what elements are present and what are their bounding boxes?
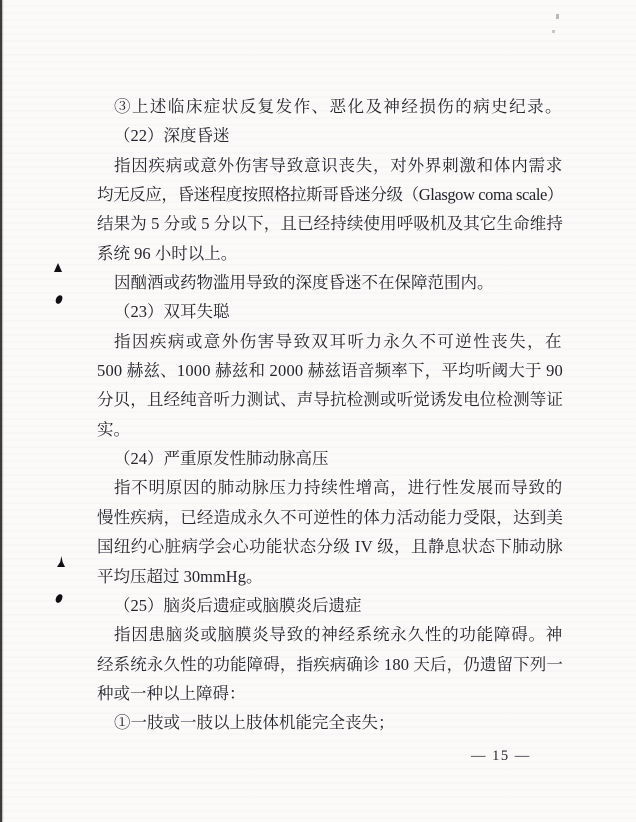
text-line: 分贝，且经纯音听力测试、声导抗检测或听觉诱发电位检测等证	[97, 385, 563, 414]
text-line: （23）双耳失聪	[97, 297, 563, 326]
text-line: 指因患脑炎或脑膜炎导致的神经系统永久性的功能障碍。神	[97, 620, 563, 649]
text-line: 种或一种以上障碍：	[97, 679, 563, 708]
text-line: 国纽约心脏病学会心功能状态分级 IV 级，且静息状态下肺动脉	[97, 532, 563, 561]
ink-speck	[54, 263, 62, 272]
scan-speck	[556, 14, 559, 19]
text-line: 平均压超过 30mmHg。	[97, 562, 563, 591]
text-line: （24）严重原发性肺动脉高压	[97, 444, 563, 473]
page-number: — 15 —	[471, 748, 531, 765]
text-line: 均无反应，昏迷程度按照格拉斯哥昏迷分级（Glasgow coma scale）	[97, 180, 563, 209]
ink-speck	[55, 294, 63, 304]
text-line: 经系统永久性的功能障碍，指疾病确诊 180 天后，仍遗留下列一	[97, 650, 563, 679]
text-line: 慢性疾病，已经造成永久不可逆性的体力活动能力受限，达到美	[97, 503, 563, 532]
text-line: 结果为 5 分或 5 分以下，且已经持续使用呼吸机及其它生命维持	[97, 209, 563, 238]
scan-speck	[552, 30, 555, 33]
ink-speck	[57, 556, 65, 567]
text-line: 实。	[97, 415, 563, 444]
text-line: 指不明原因的肺动脉压力持续性增高，进行性发展而导致的	[97, 473, 563, 502]
text-line: （22）深度昏迷	[97, 121, 563, 150]
document-body: ③上述临床症状反复发作、恶化及神经损伤的病史纪录。（22）深度昏迷指因疾病或意外…	[97, 92, 563, 738]
text-line: 系统 96 小时以上。	[97, 239, 563, 268]
text-line: 指因疾病或意外伤害导致双耳听力永久不可逆性丧失，在	[97, 327, 563, 356]
text-line: 因酗酒或药物滥用导致的深度昏迷不在保障范围内。	[97, 268, 563, 297]
scanner-edge-line	[0, 0, 2, 822]
ink-speck	[55, 593, 64, 604]
text-line: ①一肢或一肢以上肢体机能完全丧失；	[97, 708, 563, 737]
text-line: ③上述临床症状反复发作、恶化及神经损伤的病史纪录。	[97, 92, 563, 121]
text-line: 500 赫兹、1000 赫兹和 2000 赫兹语音频率下，平均听阈大于 90	[97, 356, 563, 385]
scanned-document-page: ③上述临床症状反复发作、恶化及神经损伤的病史纪录。（22）深度昏迷指因疾病或意外…	[0, 0, 636, 822]
text-line: （25）脑炎后遗症或脑膜炎后遗症	[97, 591, 563, 620]
text-line: 指因疾病或意外伤害导致意识丧失，对外界刺激和体内需求	[97, 151, 563, 180]
